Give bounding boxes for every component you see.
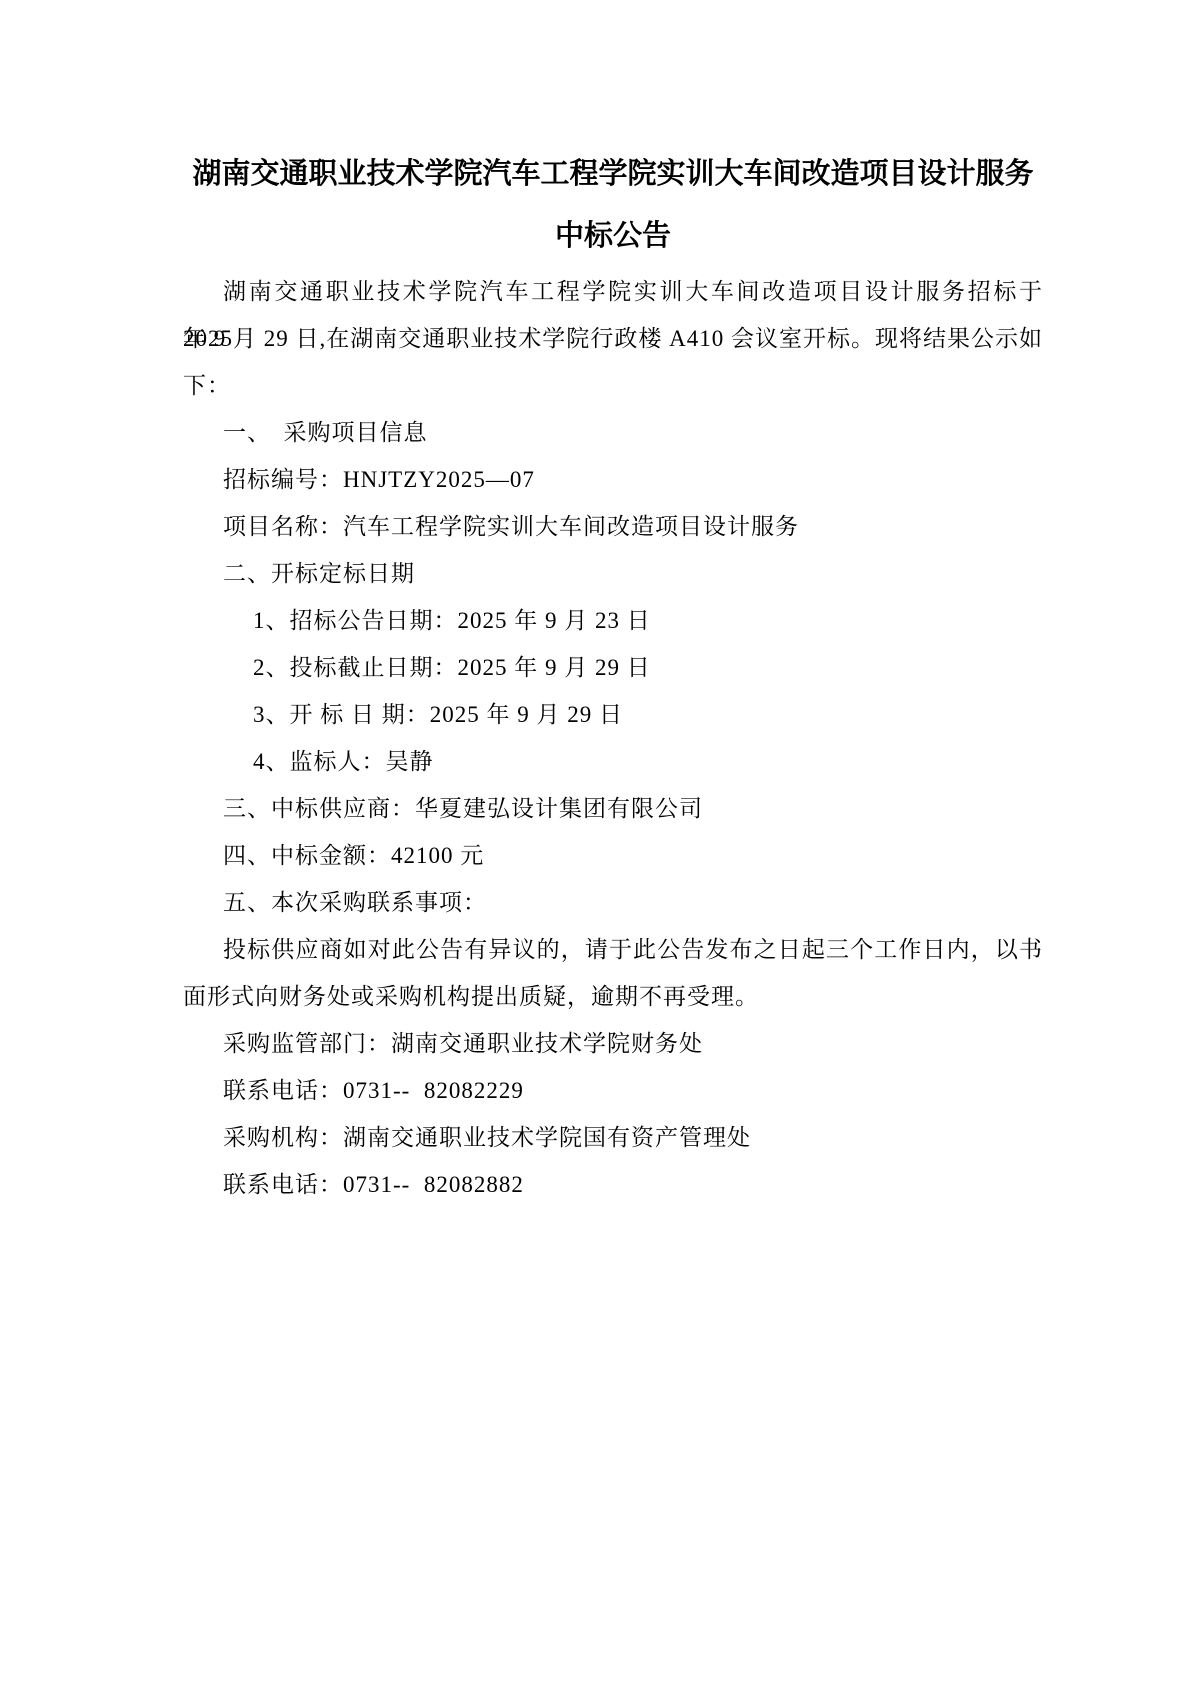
intro-paragraph-line1: 湖南交通职业技术学院汽车工程学院实训大车间改造项目设计服务招标于 2025 <box>183 268 1043 315</box>
document-title-line2: 中标公告 <box>183 218 1043 254</box>
announcement-date-line: 1、招标公告日期：2025 年 9 月 23 日 <box>183 597 1043 644</box>
tender-number-line: 招标编号：HNJTZY2025—07 <box>183 456 1043 503</box>
bid-deadline-line: 2、投标截止日期：2025 年 9 月 29 日 <box>183 644 1043 691</box>
agency-phone-line: 联系电话：0731-- 82082882 <box>183 1161 1043 1208</box>
document-title-line1: 湖南交通职业技术学院汽车工程学院实训大车间改造项目设计服务 <box>183 156 1043 192</box>
document-page: 湖南交通职业技术学院汽车工程学院实训大车间改造项目设计服务 中标公告 湖南交通职… <box>0 0 1191 1684</box>
section5-heading: 五、本次采购联系事项： <box>183 879 1043 926</box>
winning-supplier-line: 三、中标供应商：华夏建弘设计集团有限公司 <box>183 785 1043 832</box>
supervisor-phone-line: 联系电话：0731-- 82082229 <box>183 1067 1043 1114</box>
document-body: 湖南交通职业技术学院汽车工程学院实训大车间改造项目设计服务招标于 2025 年 … <box>183 268 1043 1208</box>
section1-heading: 一、 采购项目信息 <box>183 409 1043 456</box>
procurement-agency-line: 采购机构：湖南交通职业技术学院国有资产管理处 <box>183 1114 1043 1161</box>
bid-supervisor-line: 4、监标人：吴静 <box>183 738 1043 785</box>
intro-paragraph-line2: 年 9 月 29 日,在湖南交通职业技术学院行政楼 A410 会议室开标。现将结… <box>183 315 1043 362</box>
section2-heading: 二、开标定标日期 <box>183 550 1043 597</box>
objection-notice-line2: 面形式向财务处或采购机构提出质疑，逾期不再受理。 <box>183 973 1043 1020</box>
winning-amount-line: 四、中标金额：42100 元 <box>183 832 1043 879</box>
bid-opening-date-line: 3、开 标 日 期：2025 年 9 月 29 日 <box>183 691 1043 738</box>
objection-notice-line1: 投标供应商如对此公告有异议的，请于此公告发布之日起三个工作日内，以书 <box>183 926 1043 973</box>
document-content: 湖南交通职业技术学院汽车工程学院实训大车间改造项目设计服务 中标公告 湖南交通职… <box>183 0 1043 1208</box>
project-name-line: 项目名称：汽车工程学院实训大车间改造项目设计服务 <box>183 503 1043 550</box>
supervising-department-line: 采购监管部门：湖南交通职业技术学院财务处 <box>183 1020 1043 1067</box>
intro-paragraph-line3: 下： <box>183 362 1043 409</box>
